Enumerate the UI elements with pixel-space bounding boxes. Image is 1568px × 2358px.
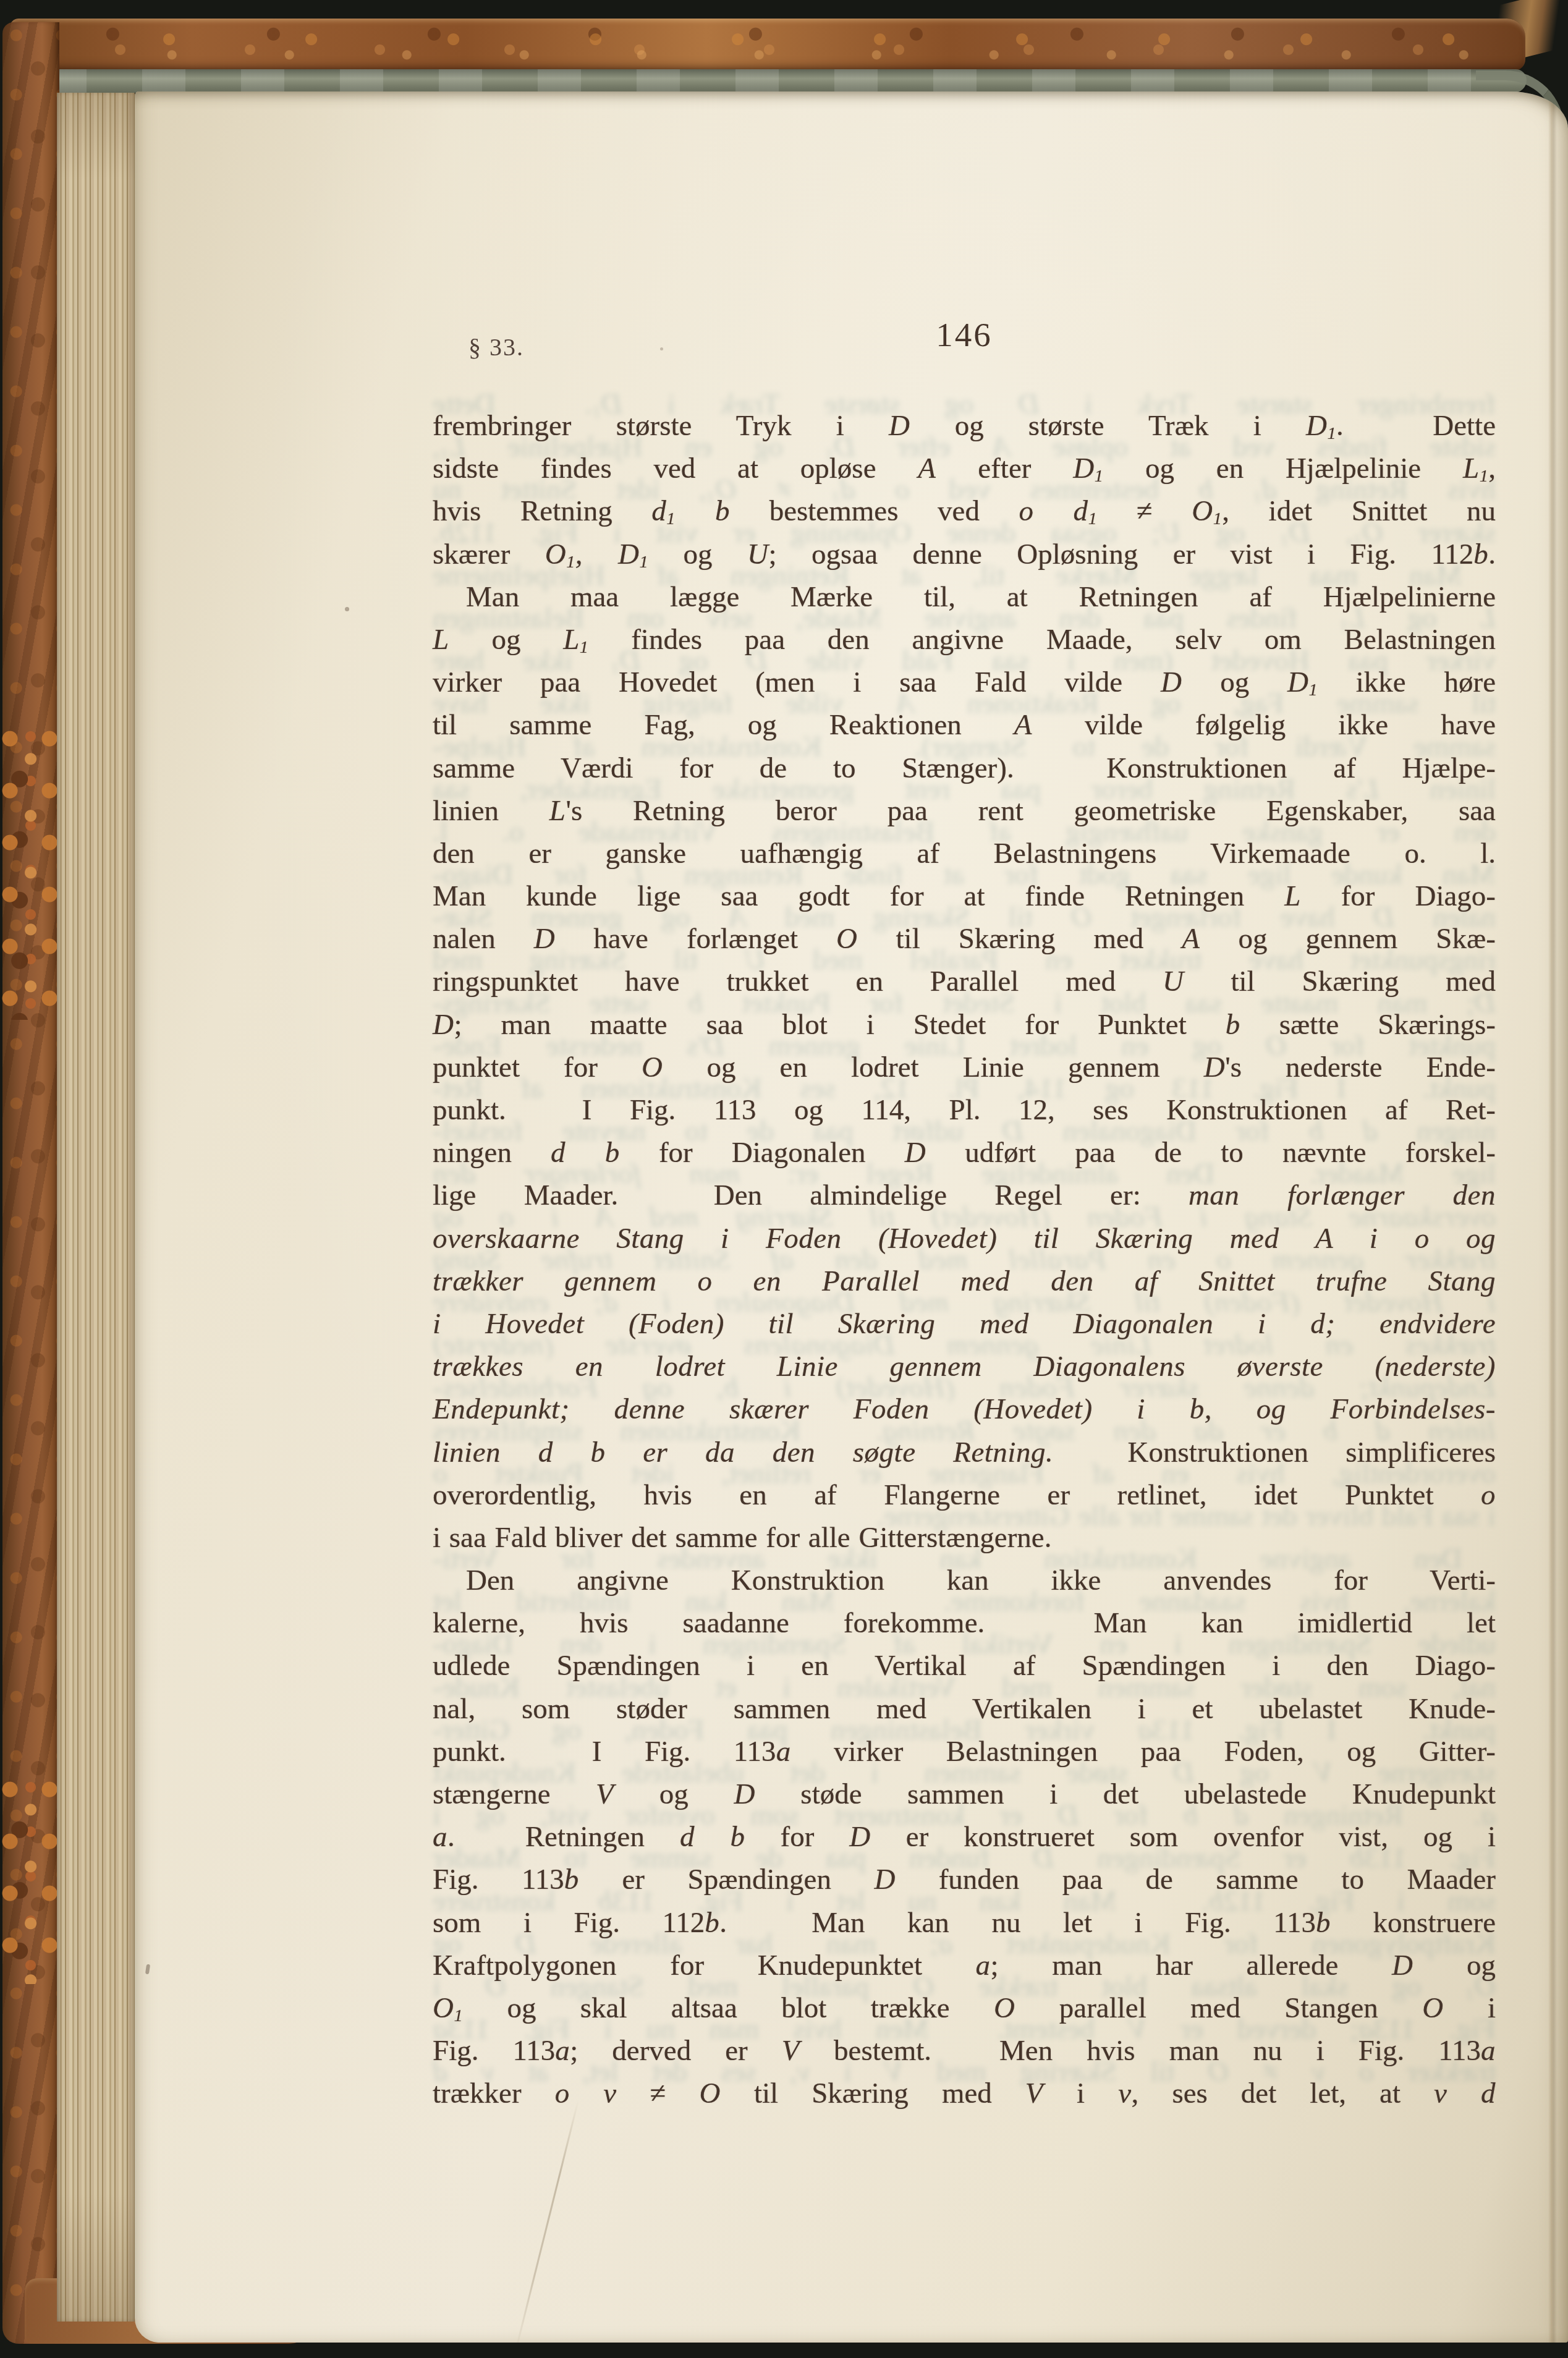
- text-line: ningen d b for Diagonalen D udført paa d…: [433, 1132, 1496, 1174]
- text-line: overskaarne Stang i Foden (Hovedet) til …: [433, 1218, 1496, 1260]
- text-line: a. Retningen d b for D er konstrueret so…: [433, 1816, 1496, 1859]
- text-line: Fig. 113b er Spændingen D funden paa de …: [433, 1859, 1496, 1901]
- ink-speck: [145, 1964, 150, 1975]
- text-line: punkt. I Fig. 113 og 114, Pl. 12, ses Ko…: [433, 1089, 1496, 1132]
- marbled-leather-patch: [1, 729, 59, 1020]
- text-line: Kraftpolygonen for Knudepunktet a; man h…: [433, 1945, 1496, 1987]
- text-line: Man maa lægge Mærke til, at Retningen af…: [433, 576, 1496, 619]
- text-line: udlede Spændingen i en Vertikal af Spænd…: [433, 1645, 1496, 1687]
- text-line: D; man maatte saa blot i Stedet for Punk…: [433, 1004, 1496, 1046]
- text-line: den er ganske uafhængig af Belastningens…: [433, 833, 1496, 875]
- page-right-crease: [1548, 91, 1557, 2343]
- page-content: § 33. 146 frembringer største Tryk i D o…: [433, 320, 1496, 363]
- page-header: § 33. 146: [433, 320, 1496, 363]
- text-line: hvis Retning d1 b bestemmes ved o d1 ≠ O…: [433, 490, 1496, 533]
- text-line: frembringer største Tryk i D og største …: [433, 405, 1496, 447]
- text-line: virker paa Hovedet (men i saa Fald vilde…: [433, 661, 1496, 704]
- page-edges-fan: [57, 93, 135, 2322]
- scan-background: frembringer største Tryk i D og største …: [0, 0, 1568, 2358]
- text-line: Man kunde lige saa godt for at finde Ret…: [433, 875, 1496, 918]
- text-line: ringspunktet have trukket en Parallel me…: [433, 961, 1496, 1003]
- text-line: samme Værdi for de to Stænger). Konstruk…: [433, 747, 1496, 790]
- text-line: L og L1 findes paa den angivne Maade, se…: [433, 619, 1496, 661]
- text-line: nalen D have forlænget O til Skæring med…: [433, 918, 1496, 961]
- page-bottom-crease: [514, 2100, 579, 2343]
- text-line: linien L's Retning beror paa rent geomet…: [433, 790, 1496, 833]
- text-line: skærer O1, D1 og U; ogsaa denne Opløsnin…: [433, 533, 1496, 576]
- text-line: Endepunkt; denne skærer Foden (Hovedet) …: [433, 1388, 1496, 1431]
- ink-speck: [345, 607, 349, 611]
- text-line: som i Fig. 112b. Man kan nu let i Fig. 1…: [433, 1902, 1496, 1945]
- text-line: nal, som støder sammen med Vertikalen i …: [433, 1688, 1496, 1731]
- book-cover-top-edge: [10, 19, 1525, 70]
- text-line: trækker gennem o en Parallel med den af …: [433, 1260, 1496, 1303]
- text-line: kalerne, hvis saadanne forekomme. Man ka…: [433, 1602, 1496, 1645]
- text-line: punktet for O og en lodret Linie gennem …: [433, 1046, 1496, 1089]
- text-line: Fig. 113a; derved er V bestemt. Men hvis…: [433, 2030, 1496, 2072]
- text-line: trækker o v ≠ O til Skæring med V i v, s…: [433, 2072, 1496, 2115]
- page-block-top-edge: [43, 69, 1527, 93]
- marbled-leather-patch: [1, 1780, 59, 1984]
- text-line: til samme Fag, og Reaktionen A vilde føl…: [433, 704, 1496, 747]
- book-page: frembringer største Tryk i D og største …: [135, 91, 1568, 2343]
- ink-speck: [660, 347, 663, 350]
- book-cover-spine: [2, 22, 59, 2344]
- text-line: linien d b er da den søgte Retning. Kons…: [433, 1431, 1496, 1474]
- text-line: Den angivne Konstruktion kan ikke anvend…: [433, 1559, 1496, 1602]
- text-line: trækkes en lodret Linie gennem Diagonale…: [433, 1346, 1496, 1388]
- page-number: 146: [433, 315, 1496, 354]
- text-line: sidste findes ved at opløse A efter D1 o…: [433, 447, 1496, 490]
- text-line: i saa Fald bliver det samme for alle Git…: [433, 1517, 1496, 1559]
- text-line: lige Maader. Den almindelige Regel er: m…: [433, 1174, 1496, 1217]
- text-line: overordentlig, hvis en af Flangerne er r…: [433, 1474, 1496, 1517]
- text-line: i Hovedet (Foden) til Skæring med Diagon…: [433, 1303, 1496, 1346]
- text-line: O1 og skal altsaa blot trække O parallel…: [433, 1987, 1496, 2030]
- text-line: stængerne V og D støde sammen i det ubel…: [433, 1773, 1496, 1816]
- text-lines: frembringer største Tryk i D og største …: [433, 405, 1496, 2116]
- text-line: punkt. I Fig. 113a virker Belastningen p…: [433, 1731, 1496, 1773]
